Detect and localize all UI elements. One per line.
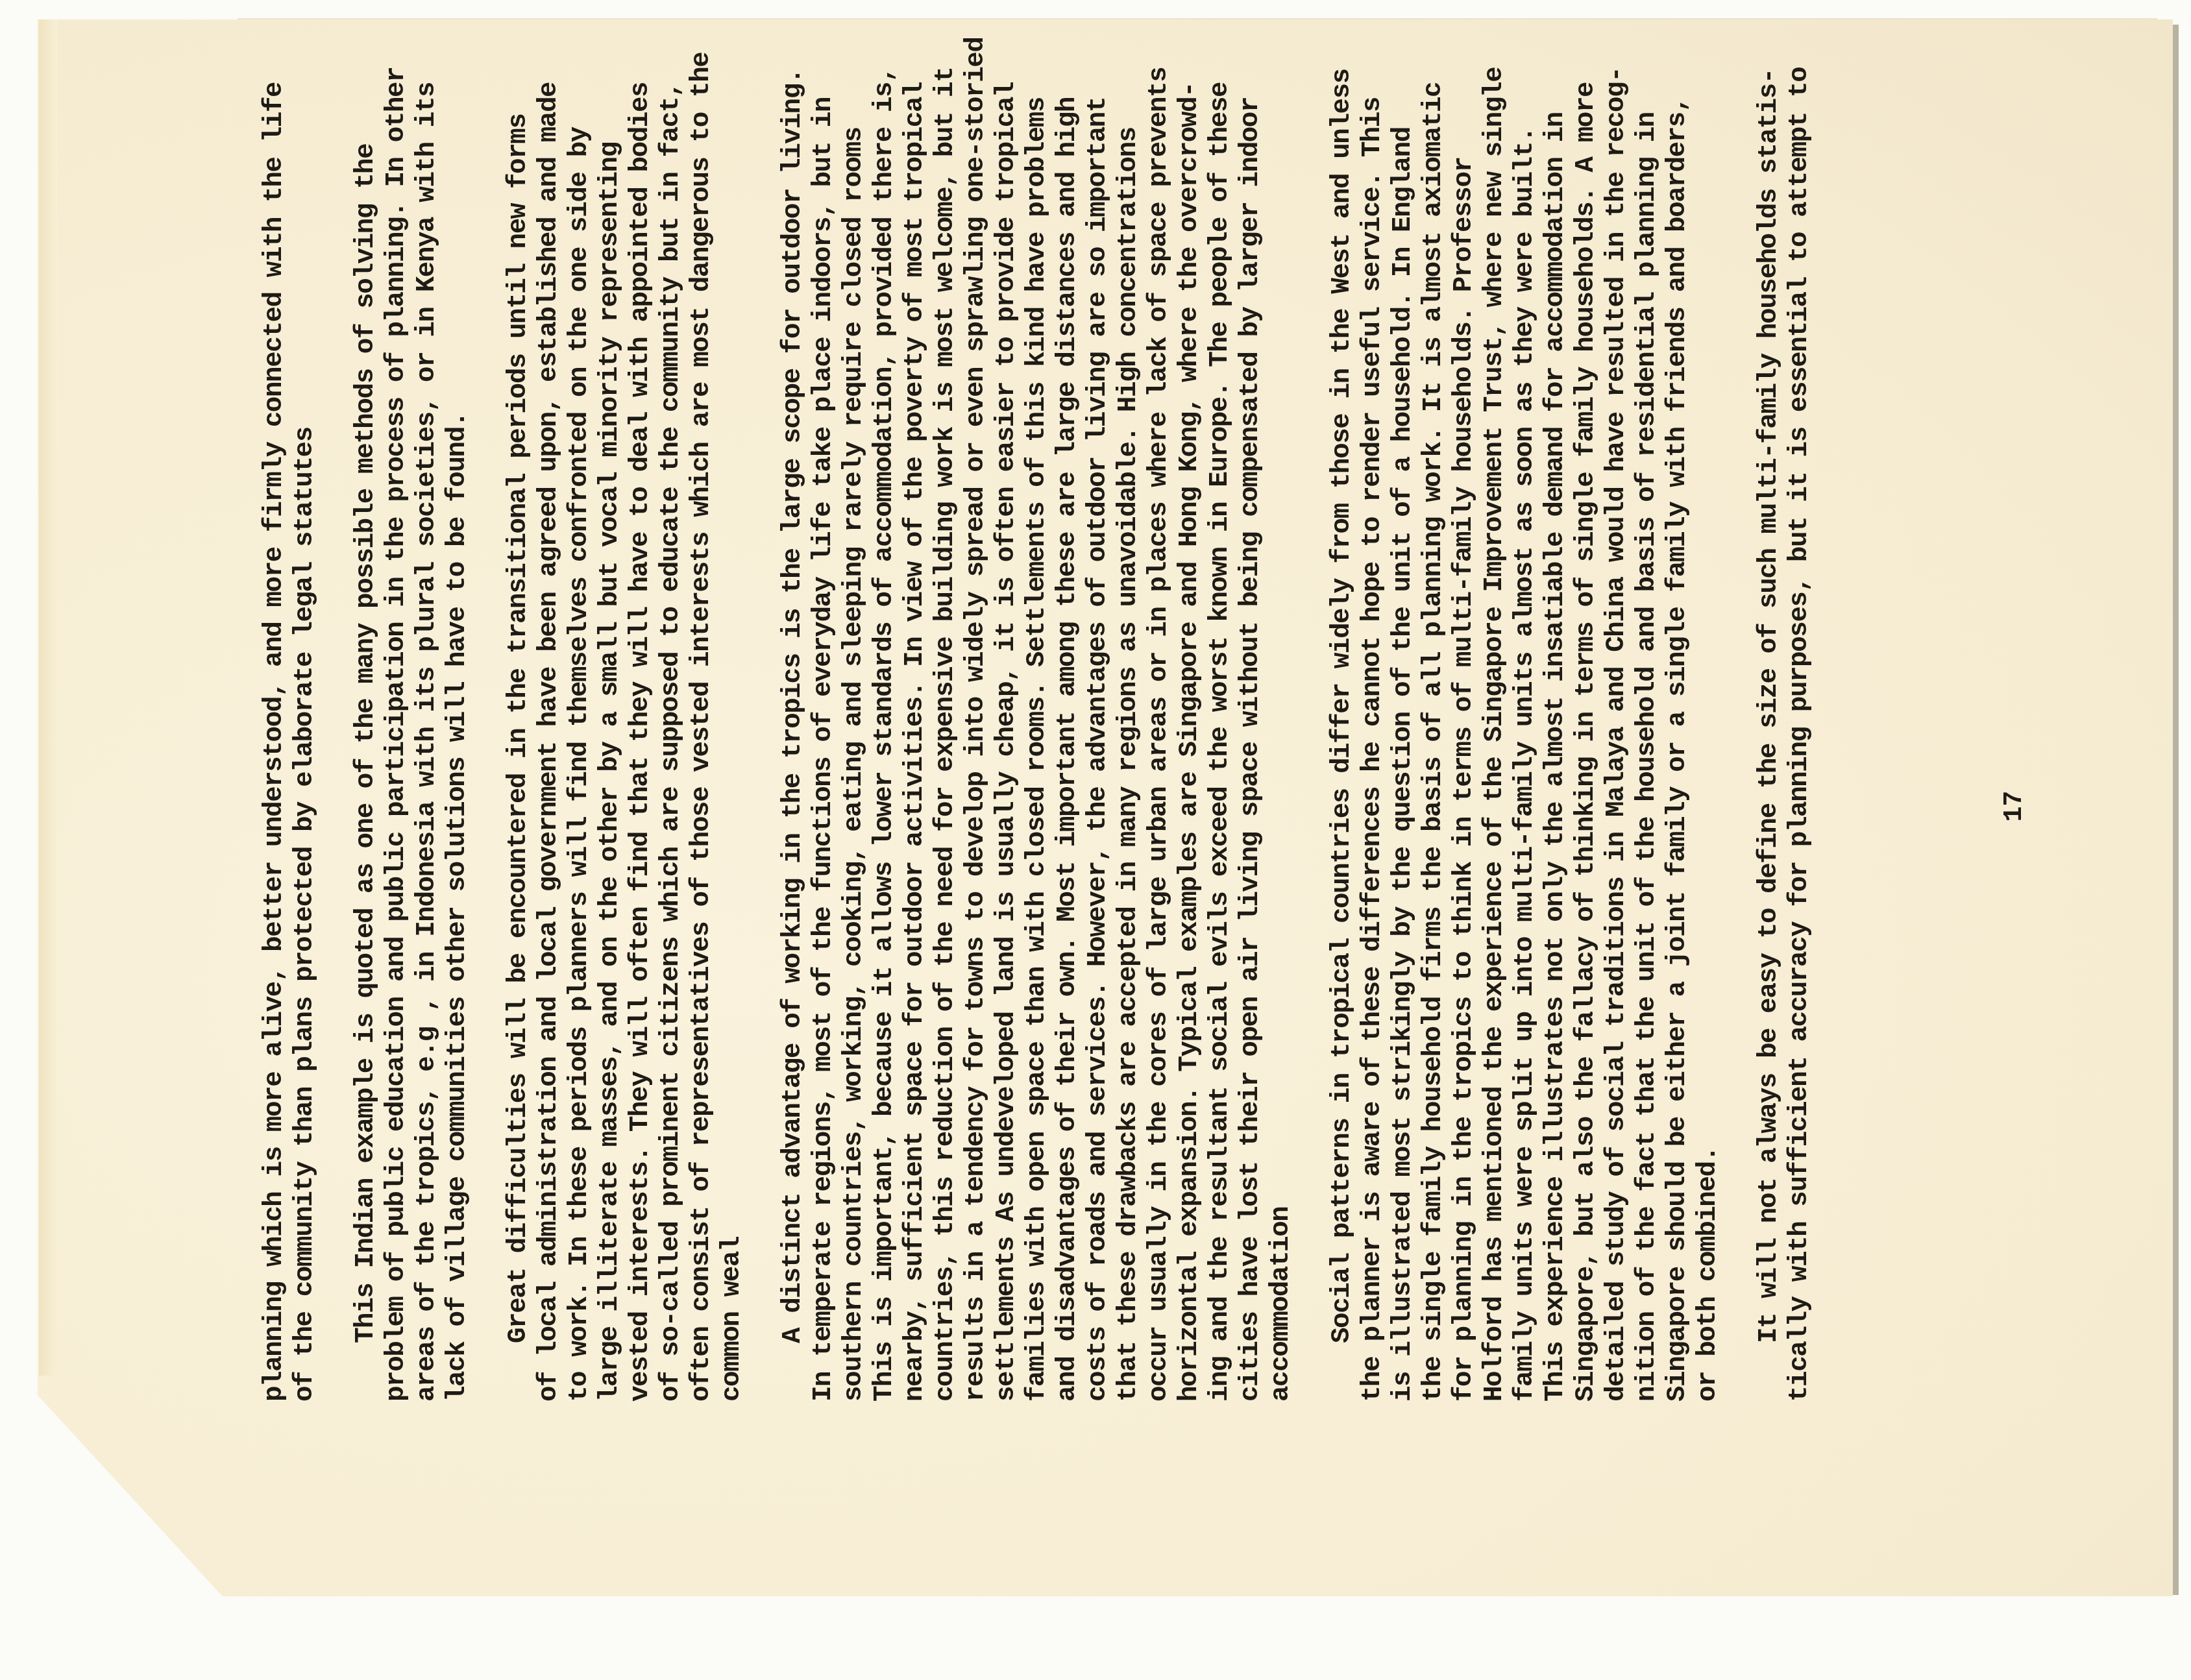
text-line: vested interests. They will often find t…: [626, 110, 656, 1402]
text-line: A distinct advantage of working in the t…: [778, 110, 809, 1402]
text-line: horizontal expansion. Typical examples a…: [1175, 110, 1205, 1402]
paragraph: This Indian example is quoted as one of …: [351, 110, 473, 1402]
text-line: countries, this reduction of the need fo…: [931, 110, 961, 1402]
text-line: Social patterns in tropical countries di…: [1327, 110, 1358, 1402]
text-line: the planner is aware of these difference…: [1358, 110, 1388, 1402]
text-line: In temperate regions, most of the functi…: [809, 110, 839, 1402]
text-line: This Indian example is quoted as one of …: [351, 110, 382, 1402]
text-line: lack of village communities other soluti…: [443, 110, 473, 1402]
page-binding-edge: [39, 19, 57, 1376]
paragraph: Social patterns in tropical countries di…: [1327, 110, 1724, 1402]
text-line: It will not always be easy to define the…: [1754, 110, 1785, 1402]
text-line: This is important, because it allows low…: [870, 110, 900, 1402]
text-line: nition of the fact that the unit of the …: [1632, 110, 1663, 1402]
text-line: the single family household firms the ba…: [1419, 110, 1449, 1402]
text-line: problem of public education and public p…: [382, 110, 412, 1402]
text-line: family units were split up into multi-fa…: [1510, 110, 1541, 1402]
text-line: occur usually in the cores of large urba…: [1144, 110, 1175, 1402]
text-line: often consist of representatives of thos…: [687, 110, 717, 1402]
text-line: large illiterate masses, and on the othe…: [595, 110, 626, 1402]
text-line: that these drawbacks are accepted in man…: [1114, 110, 1144, 1402]
text-line: planning which is more alive, better und…: [260, 110, 290, 1402]
text-line: areas of the tropics, e.g , in Indonesia…: [412, 110, 443, 1402]
document-body: planning which is more alive, better und…: [260, 110, 1986, 1402]
text-line: tically with sufficient accuracy for pla…: [1785, 110, 1815, 1402]
text-line: common weal: [717, 110, 748, 1402]
text-line: Holford has mentioned the experience of …: [1480, 110, 1510, 1402]
text-line: is illustrated most strikingly by the qu…: [1388, 110, 1419, 1402]
text-line: of so-called prominent citizens which ar…: [656, 110, 687, 1402]
text-line: for planning in the tropics to think in …: [1449, 110, 1480, 1402]
text-line: results in a tendency for towns to devel…: [961, 110, 992, 1402]
text-line: Great difficulties will be encountered i…: [504, 110, 534, 1402]
text-line: of local administration and local govern…: [534, 110, 565, 1402]
text-line: and disadvantages of their own. Most imp…: [1053, 110, 1083, 1402]
text-line: Singapore, but also the fallacy of think…: [1571, 110, 1602, 1402]
text-line: costs of roads and services. However, th…: [1083, 110, 1114, 1402]
text-line: to work. In these periods planners will …: [565, 110, 595, 1402]
text-line: of the community than plans protected by…: [290, 110, 321, 1402]
text-line: ing and the resultant social evils excee…: [1205, 110, 1236, 1402]
text-line: detailed study of social traditions in M…: [1602, 110, 1632, 1402]
text-line: This experience illustrates not only the…: [1541, 110, 1571, 1402]
paragraph: Great difficulties will be encountered i…: [504, 110, 748, 1402]
text-line: cities have lost their open air living s…: [1236, 110, 1266, 1402]
paragraph: A distinct advantage of working in the t…: [778, 110, 1297, 1402]
paragraph: It will not always be easy to define the…: [1754, 110, 1815, 1402]
text-line: southern countries, working, cooking, ea…: [839, 110, 870, 1402]
text-line: settlements As undeveloped land is usual…: [992, 110, 1022, 1402]
text-line: nearby, sufficient space for outdoor act…: [900, 110, 931, 1402]
paragraph: planning which is more alive, better und…: [260, 110, 321, 1402]
text-line: families with open space than with close…: [1022, 110, 1053, 1402]
page-number: 17: [2000, 790, 2029, 822]
text-line: Singapore should be either a joint famil…: [1663, 110, 1693, 1402]
text-line: accommodation: [1266, 110, 1297, 1402]
text-line: or both combined.: [1693, 110, 1724, 1402]
